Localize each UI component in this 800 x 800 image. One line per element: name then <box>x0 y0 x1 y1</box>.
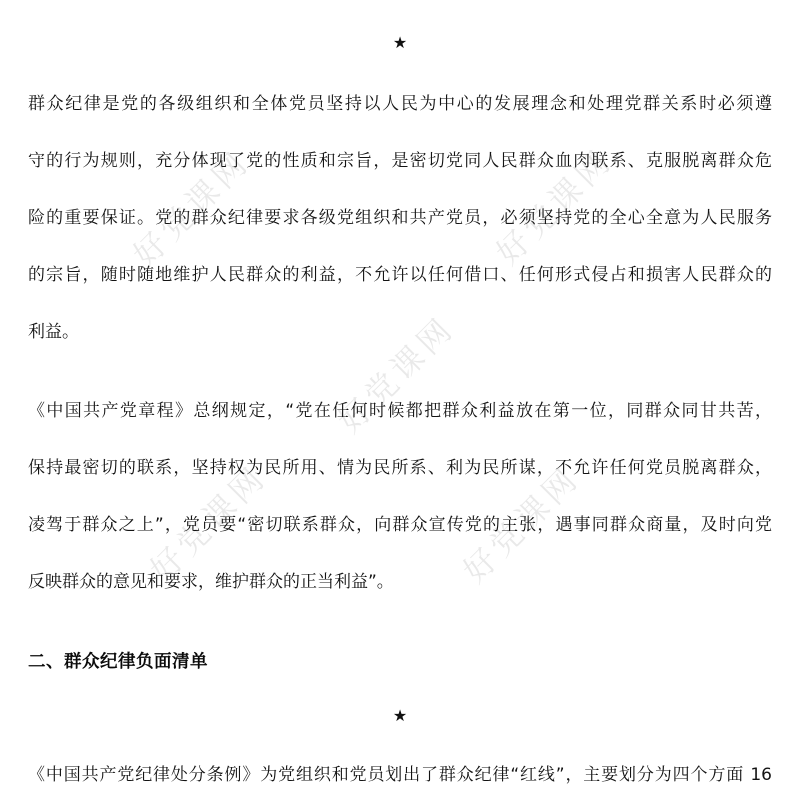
section-heading: 二、群众纪律负面清单 <box>28 650 772 674</box>
paragraph1-line: 的宗旨，随时随地维护人民群众的利益，不允许以任何借口、任何形式侵占和损害人民群众… <box>28 263 772 287</box>
paragraph3-line: 《中国共产党纪律处分条例》为党组织和党员划出了群众纪律“红线”，主要划分为四个方… <box>28 763 772 787</box>
paragraph1-line: 守的行为规则，充分体现了党的性质和宗旨，是密切党同人民群众血肉联系、克服脱离群众… <box>28 149 772 173</box>
paragraph1-line: 利益。 <box>28 320 772 344</box>
paragraph2-line: 凌驾于群众之上”，党员要“密切联系群众，向群众宣传党的主张，遇事同群众商量，及时… <box>28 513 772 537</box>
paragraph1-line: 险的重要保证。党的群众纪律要求各级党组织和共产党员，必须坚持党的全心全意为人民服… <box>28 206 772 230</box>
paragraph2-line: 反映群众的意见和要求，维护群众的正当利益”。 <box>28 570 772 594</box>
star-divider-top: ★ <box>0 34 800 52</box>
paragraph1-line: 群众纪律是党的各级组织和全体党员坚持以人民为中心的发展理念和处理党群关系时必须遵 <box>28 92 772 116</box>
star-divider-bottom: ★ <box>0 707 800 725</box>
paragraph2-line: 保持最密切的联系，坚持权为民所用、情为民所系、利为民所谋，不允许任何党员脱离群众… <box>28 456 772 480</box>
document-page: 好党课网 好党课网 好党课网 好党课网 好党课网 ★ 群众纪律是党的各级组织和全… <box>0 0 800 800</box>
paragraph2-line: 《中国共产党章程》总纲规定，“党在任何时候都把群众利益放在第一位，同群众同甘共苦… <box>28 399 772 423</box>
